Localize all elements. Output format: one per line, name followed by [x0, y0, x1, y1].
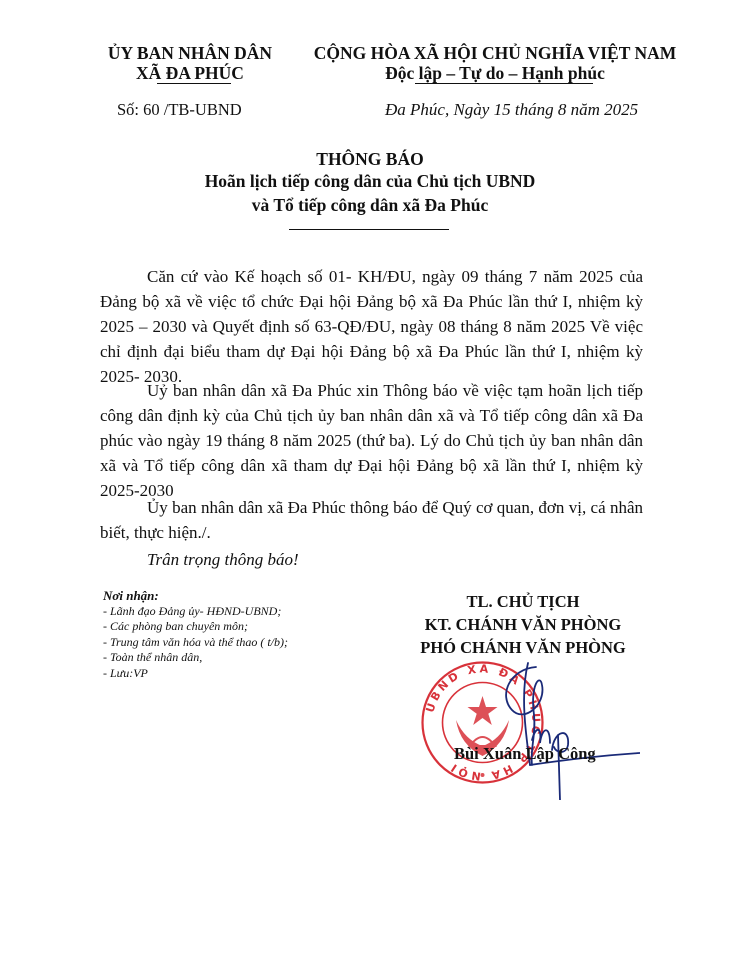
motto-underline: [415, 83, 593, 84]
signature-title-1: TL. CHỦ TỊCH: [398, 590, 648, 613]
signer-name: Bùi Xuân Lập Công: [454, 744, 596, 764]
recipients-heading: Nơi nhận:: [103, 588, 288, 604]
recipient-item: - Các phòng ban chuyên môn;: [103, 619, 288, 635]
recipient-item: - Lưu:VP: [103, 666, 288, 682]
national-motto: CỘNG HÒA XÃ HỘI CHỦ NGHĨA VIỆT NAM Độc l…: [300, 43, 690, 83]
title-line-2: và Tổ tiếp công dân xã Đa Phúc: [160, 192, 580, 218]
recipient-item: - Trung tâm văn hóa và thể thao ( t/b);: [103, 635, 288, 651]
body-paragraph: Uỷ ban nhân dân xã Đa Phúc xin Thông báo…: [100, 378, 643, 503]
authority-underline: [157, 83, 231, 84]
document-type: THÔNG BÁO: [160, 148, 580, 170]
recipient-item: - Lãnh đạo Đảng ủy- HĐND-UBND;: [103, 604, 288, 620]
title-divider: [289, 229, 449, 230]
recipient-item: - Toàn thể nhân dân,: [103, 650, 288, 666]
authority-line-1: ỦY BAN NHÂN DÂN: [100, 43, 280, 63]
place-date: Đa Phúc, Ngày 15 tháng 8 năm 2025: [385, 100, 638, 120]
country-name: CỘNG HÒA XÃ HỘI CHỦ NGHĨA VIỆT NAM: [300, 43, 690, 63]
handwritten-signature-icon: [490, 655, 640, 800]
document-title: THÔNG BÁO Hoãn lịch tiếp công dân của Ch…: [160, 148, 580, 218]
signature-block: TL. CHỦ TỊCH KT. CHÁNH VĂN PHÒNG PHÓ CHÁ…: [398, 590, 648, 659]
document-number: Số: 60 /TB-UBND: [117, 100, 242, 120]
closing-remark: Trân trọng thông báo!: [147, 550, 299, 570]
authority-line-2: XÃ ĐA PHÚC: [100, 63, 280, 83]
motto: Độc lập – Tự do – Hạnh phúc: [300, 63, 690, 83]
title-line-1: Hoãn lịch tiếp công dân của Chủ tịch UBN…: [160, 170, 580, 192]
body-paragraph: Ủy ban nhân dân xã Đa Phúc thông báo để …: [100, 495, 643, 545]
signature-title-2: KT. CHÁNH VĂN PHÒNG: [398, 613, 648, 636]
body-paragraph: Căn cứ vào Kế hoạch số 01- KH/ĐU, ngày 0…: [100, 264, 643, 389]
issuing-authority: ỦY BAN NHÂN DÂN XÃ ĐA PHÚC: [100, 43, 280, 83]
recipients-list: Nơi nhận: - Lãnh đạo Đảng ủy- HĐND-UBND;…: [103, 588, 288, 681]
